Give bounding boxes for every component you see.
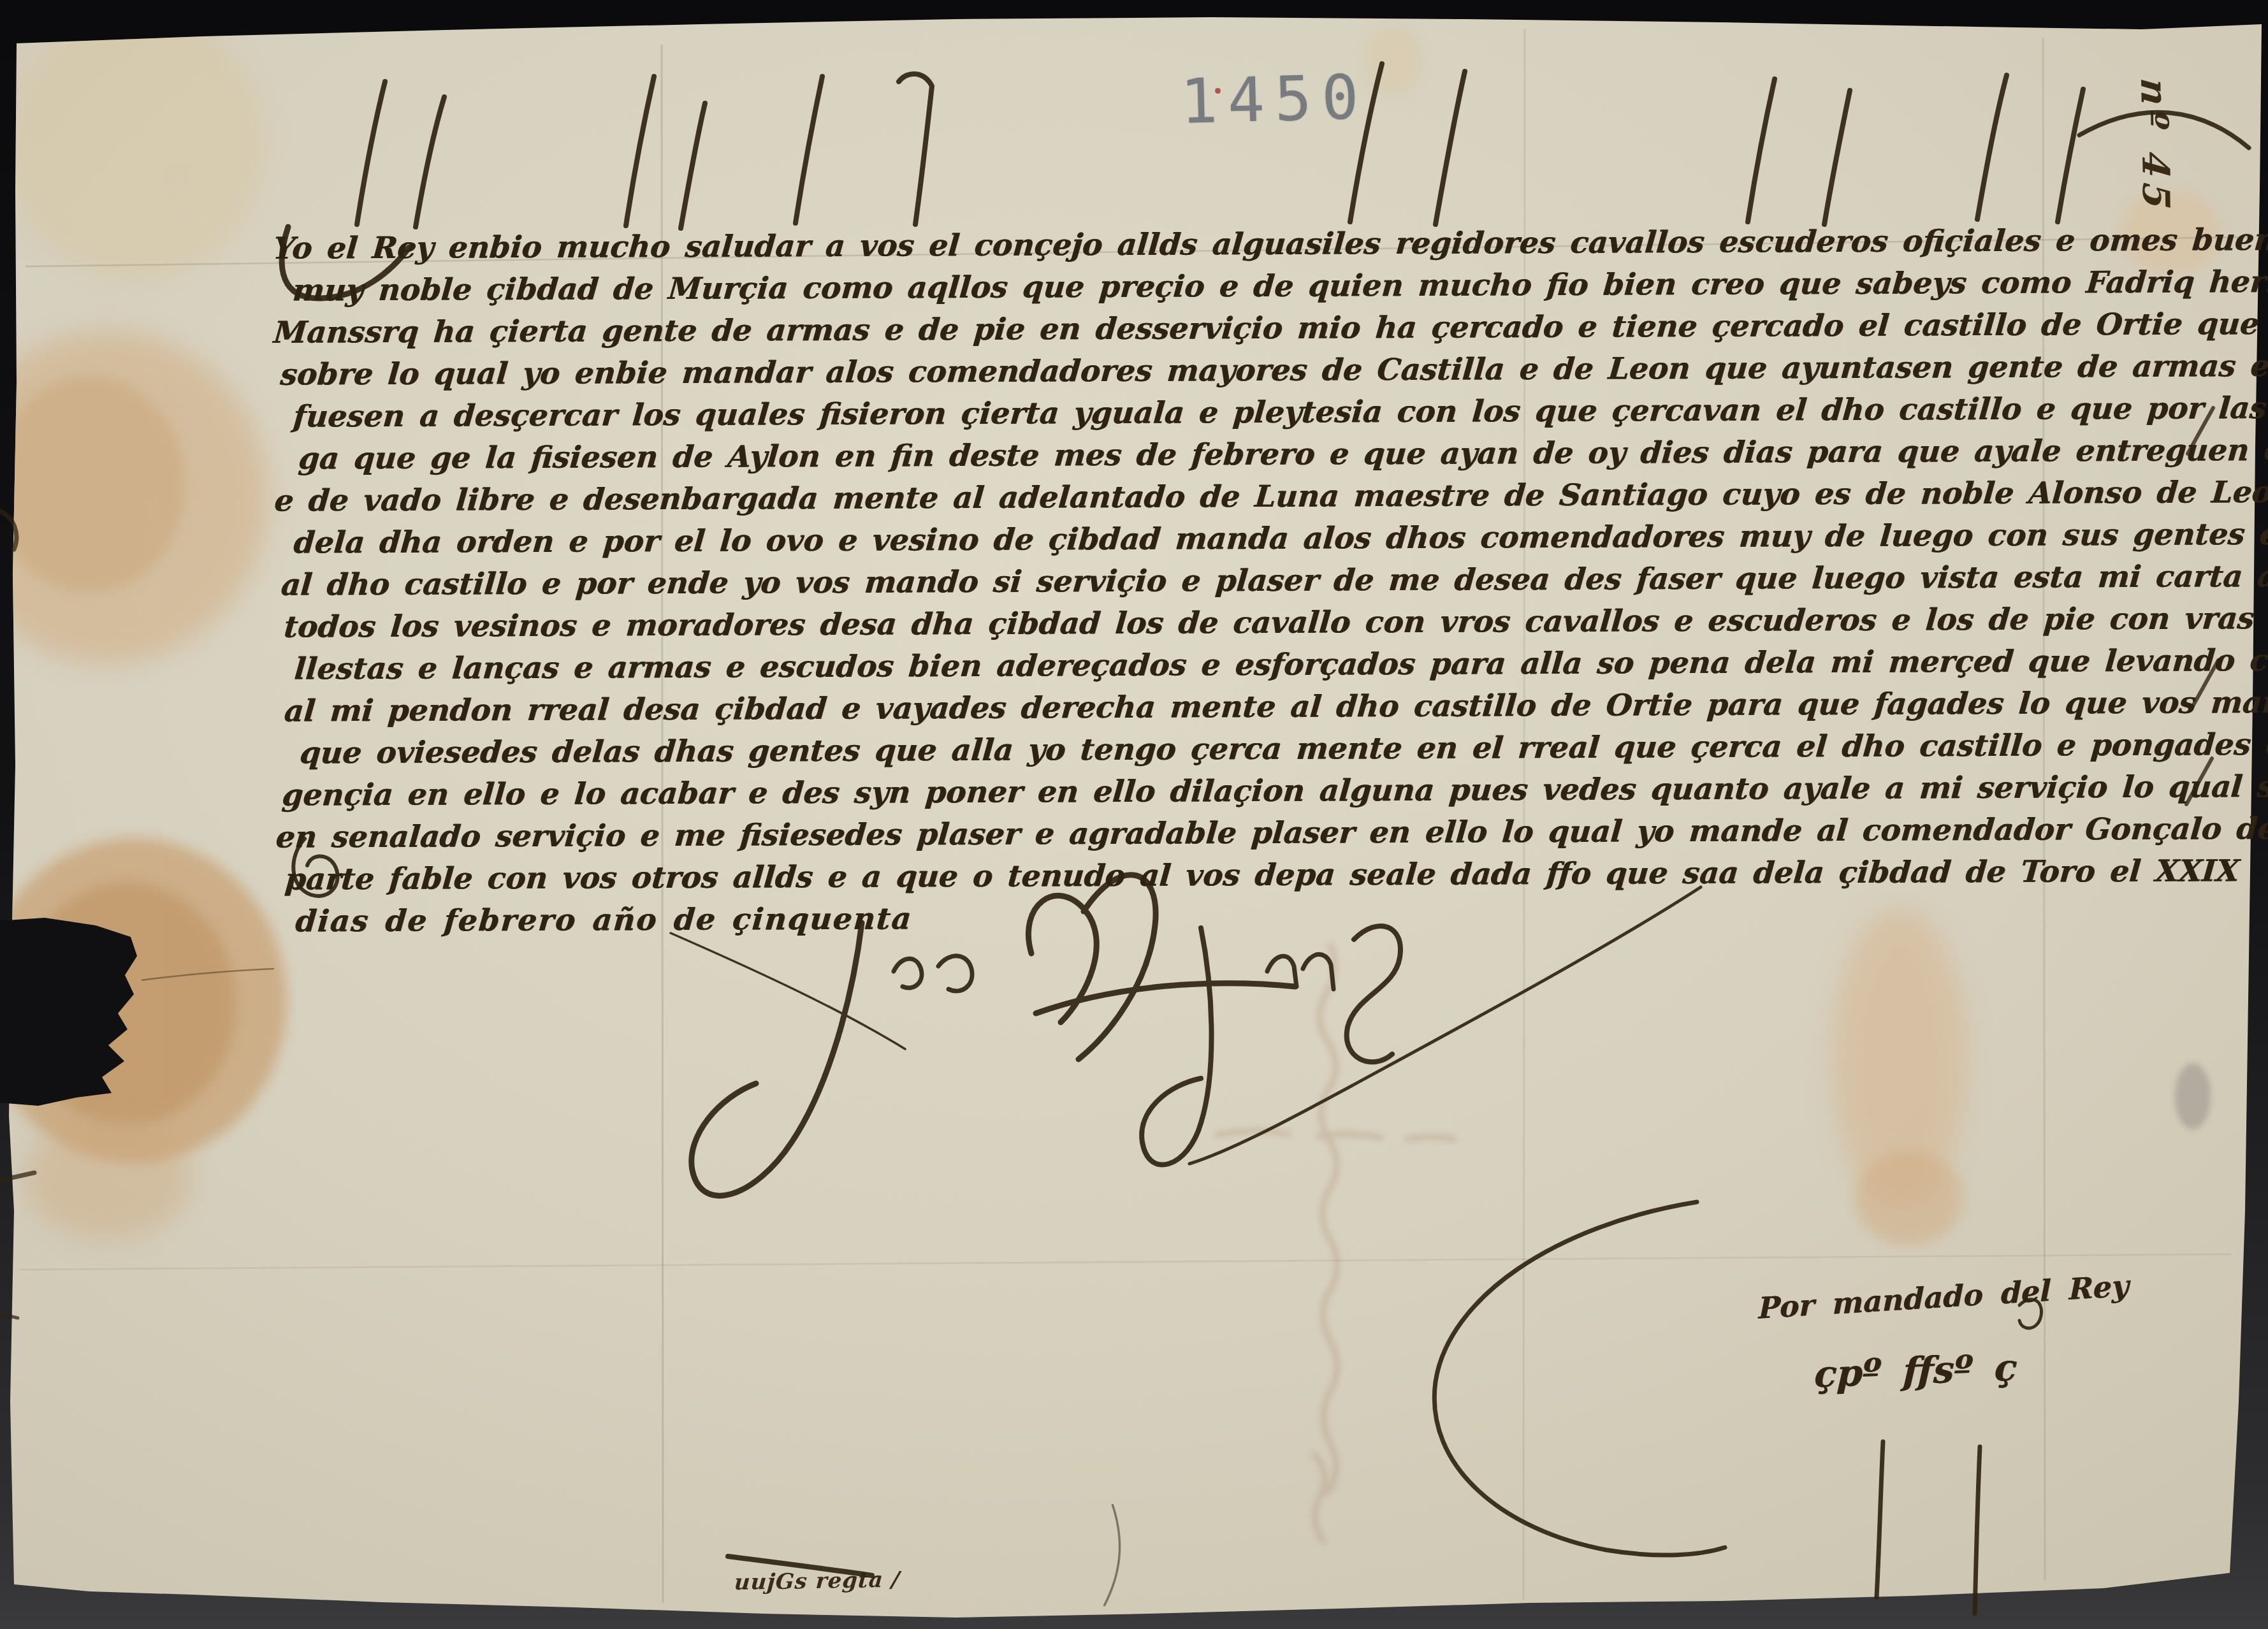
secretary-rubric-text: çpº ffsº ç [1814, 1349, 2017, 1393]
stain-right-lower [1855, 1150, 1963, 1246]
manuscript-text-block: Yo el Rey enbio mucho saludar a vos el c… [282, 220, 2236, 943]
stain-top-left [10, 13, 265, 280]
stain-left-middle-core [0, 376, 185, 593]
manuscript-line: dias de febrero año de çinquenta [294, 893, 2237, 943]
smudge-right-edge [2175, 1063, 2211, 1129]
photographed-manuscript: 1450 nº 45 Yo el Rey enbio mucho saludar… [0, 0, 2268, 1629]
stain-hole-tail [25, 1119, 191, 1240]
archive-year-stamp: 1450 [1180, 61, 1370, 138]
stain-top-center [1364, 25, 1421, 96]
red-ink-dot [1215, 88, 1221, 94]
bottom-docket-note: uujGs regta / [734, 1569, 901, 1594]
